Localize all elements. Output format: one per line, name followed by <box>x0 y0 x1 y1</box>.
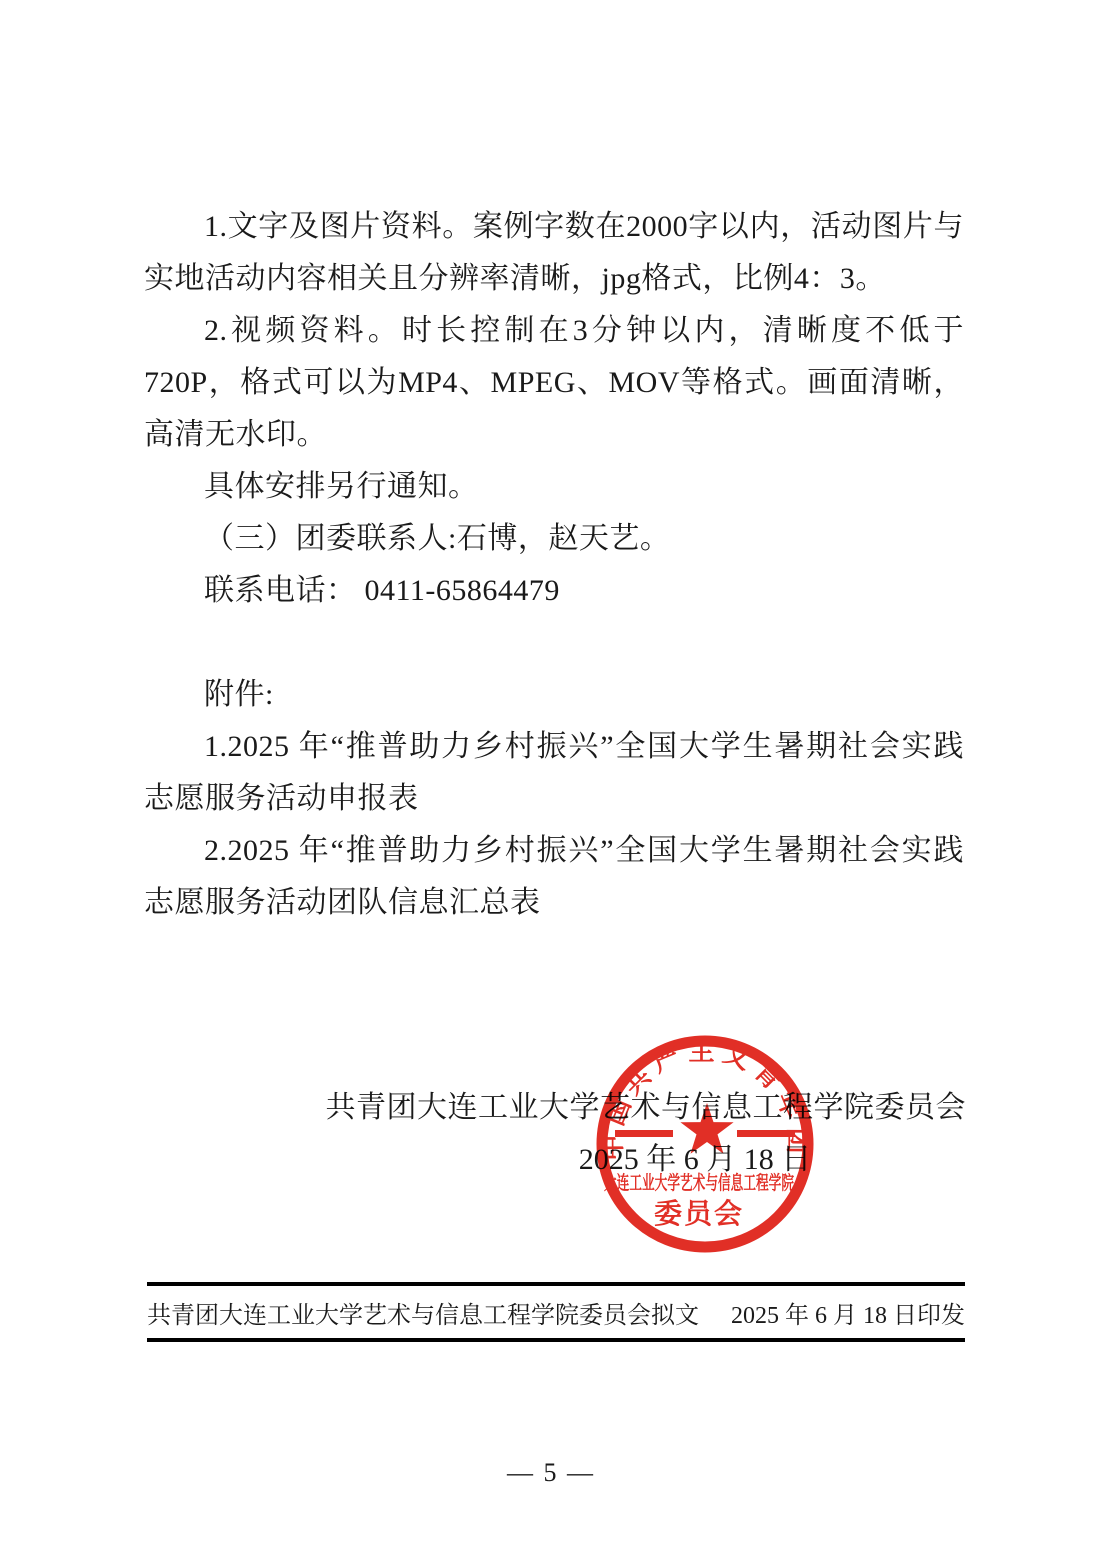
paragraph-contact-persons: （三）团委联系人:石博，赵天艺。 <box>144 513 964 565</box>
blank-line <box>144 617 964 669</box>
footer-print-date: 2025 年 6 月 18 日印发 <box>731 1295 965 1330</box>
paragraph-materials-video: 2.视频资料。时长控制在3分钟以内，清晰度不低于720P，格式可以为MP4、MP… <box>144 305 964 461</box>
document-page: 1.文字及图片资料。案例字数在2000字以内，活动图片与实地活动内容相关且分辨率… <box>0 0 1102 1559</box>
paragraph-materials-text-images: 1.文字及图片资料。案例字数在2000字以内，活动图片与实地活动内容相关且分辨率… <box>144 201 964 305</box>
footer-drafting-org: 共青团大连工业大学艺术与信息工程学院委员会拟文 <box>147 1295 699 1330</box>
attachments-heading: 附件: <box>144 669 964 721</box>
footer: 共青团大连工业大学艺术与信息工程学院委员会拟文 2025 年 6 月 18 日印… <box>147 1286 965 1338</box>
attachment-item-1: 1.2025 年“推普助力乡村振兴”全国大学生暑期社会实践志愿服务活动申报表 <box>144 721 964 825</box>
paragraph-arrangement-notice: 具体安排另行通知。 <box>144 461 964 513</box>
page-number: — 5 — <box>0 1458 1102 1488</box>
seal-left-bar <box>615 1130 673 1137</box>
seal-org-text: 大连工业大学艺术与信息工程学院 <box>604 1171 794 1194</box>
attachment-item-2: 2.2025 年“推普助力乡村振兴”全国大学生暑期社会实践志愿服务活动团队信息汇… <box>144 825 964 929</box>
seal-right-bar <box>737 1130 795 1137</box>
official-seal: 中国共产主义青年团 大连工业大学艺术与信息工程学院 委员会 <box>585 1024 825 1264</box>
paragraph-contact-phone: 联系电话： 0411-65864479 <box>144 565 964 617</box>
star-icon <box>680 1103 733 1154</box>
footer-rule-bottom <box>147 1338 965 1342</box>
seal-committee-text: 委员会 <box>654 1198 744 1229</box>
document-body: 1.文字及图片资料。案例字数在2000字以内，活动图片与实地活动内容相关且分辨率… <box>144 201 964 929</box>
